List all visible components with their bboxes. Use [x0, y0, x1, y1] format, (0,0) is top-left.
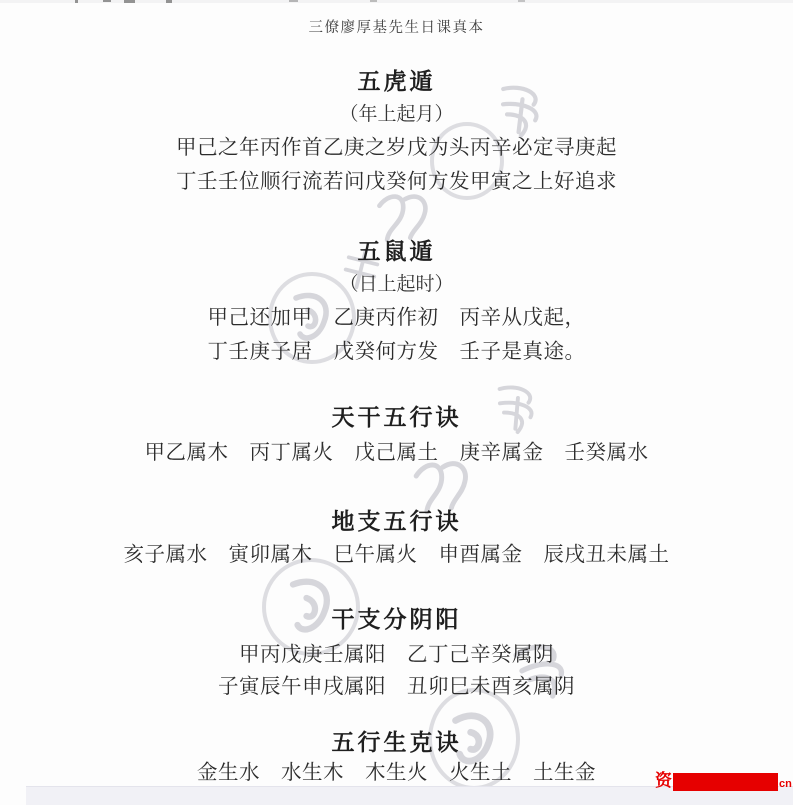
section-ganzhi-yinyang: 干支分阴阳 甲丙戊庚壬属阳 乙丁己辛癸属阴 子寅辰午申戌属阳 丑卯巳未酉亥属阴	[0, 608, 793, 697]
scan-artifact	[289, 0, 298, 2]
red-source-stamp: 资 cn	[655, 771, 792, 791]
verse-line: 甲己还加甲 乙庚丙作初 丙辛从戊起，	[0, 308, 793, 329]
scan-artifact	[166, 0, 172, 3]
verse-line: 子寅辰午申戌属阳 丑卯巳未酉亥属阴	[0, 677, 793, 698]
stamp-redaction-block	[673, 773, 778, 791]
section-title: 天干五行诀	[0, 406, 793, 429]
section-title: 五鼠遁	[0, 240, 793, 263]
scan-artifact	[103, 0, 111, 2]
verse-line: 丁壬庚子居 戊癸何方发 壬子是真途。	[0, 342, 793, 363]
page-header-title: 三僚廖厚基先生日课真本	[0, 16, 793, 37]
scan-artifact	[75, 0, 78, 3]
section-title: 地支五行诀	[0, 510, 793, 533]
verse-line: 丁壬壬位顺行流若问戊癸何方发甲寅之上好追求	[0, 172, 793, 193]
section-title: 五虎遁	[0, 70, 793, 93]
scan-artifact	[370, 0, 377, 2]
stamp-suffix-text: cn	[779, 778, 792, 791]
verse-line: 亥子属水 寅卯属木 巳午属火 申酉属金 辰戌丑未属土	[0, 545, 793, 566]
scan-top-edge	[0, 0, 793, 3]
verse-line: 甲己之年丙作首乙庚之岁戊为头丙辛必定寻庚起	[0, 138, 793, 159]
section-wushudun: 五鼠遁 （日上起时） 甲己还加甲 乙庚丙作初 丙辛从戊起， 丁壬庚子居 戊癸何方…	[0, 240, 793, 362]
verse-line: 甲乙属木 丙丁属火 戊己属土 庚辛属金 壬癸属水	[0, 443, 793, 464]
section-title: 五行生克诀	[0, 731, 793, 754]
section-subtitle: （日上起时）	[0, 275, 793, 294]
scan-artifact	[518, 0, 525, 2]
stamp-prefix-text: 资	[655, 771, 672, 791]
verse-line: 甲丙戊庚壬属阳 乙丁己辛癸属阴	[0, 645, 793, 666]
section-tiangan-wuxing: 天干五行诀 甲乙属木 丙丁属火 戊己属土 庚辛属金 壬癸属水	[0, 406, 793, 464]
section-title: 干支分阴阳	[0, 608, 793, 631]
section-dizhi-wuxing: 地支五行诀 亥子属水 寅卯属木 巳午属火 申酉属金 辰戌丑未属土	[0, 510, 793, 566]
section-subtitle: （年上起月）	[0, 105, 793, 124]
scan-artifact	[124, 0, 135, 3]
section-wuhudun: 五虎遁 （年上起月） 甲己之年丙作首乙庚之岁戊为头丙辛必定寻庚起 丁壬壬位顺行流…	[0, 70, 793, 192]
